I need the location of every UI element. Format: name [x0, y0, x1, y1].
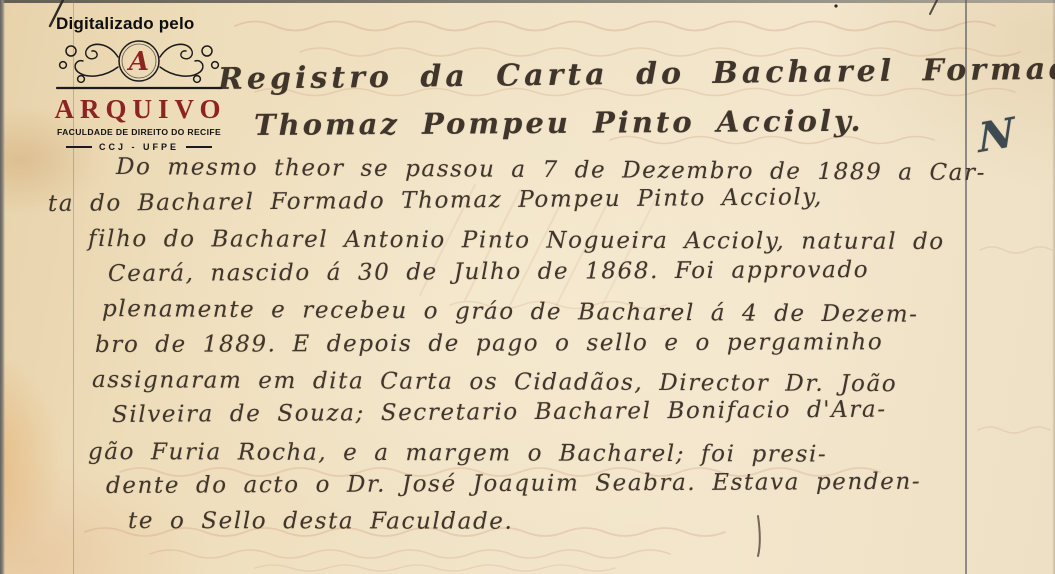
manuscript-body-line: bro de 1889. E depois de pago o sello e …	[95, 329, 883, 358]
manuscript-body-line: dente do acto o Dr. José Joaquim Seabra.…	[106, 469, 921, 499]
manuscript-title-line: Thomaz Pompeu Pinto Accioly.	[254, 104, 864, 142]
ccj-ufpe-row: CCJ - UFPE	[50, 142, 228, 152]
manuscript-body-line: Ceará, nascido á 30 de Julho de 1868. Fo…	[108, 257, 869, 287]
arquivo-logo-ornament-icon: A	[51, 35, 227, 93]
arquivo-wordmark: ARQUIVO	[53, 94, 228, 125]
manuscript-body-line: te o Sello desta Faculdade.	[128, 508, 513, 535]
manuscript-body-line: Silveira de Souza; Secretario Bacharel B…	[112, 397, 887, 428]
margin-annotation-mark: N	[977, 109, 1015, 163]
manuscript-body-line: gão Furia Rocha, e a margem o Bacharel; …	[88, 439, 827, 468]
scanned-document-page: Registro da Carta do Bacharel Formado Th…	[0, 0, 1055, 574]
ccj-left-rule	[66, 146, 92, 148]
ccj-ufpe-label: CCJ - UFPE	[99, 142, 179, 152]
digitization-watermark: Digitalizado pelo A	[50, 14, 228, 152]
digitized-by-label: Digitalizado pelo	[56, 14, 228, 34]
arquivo-monogram: A	[126, 47, 149, 77]
manuscript-body-line: assignaram em dita Carta os Cidadãos, Di…	[92, 367, 897, 397]
manuscript-body-line: filho do Bacharel Antonio Pinto Nogueira…	[88, 226, 945, 255]
ccj-right-rule	[186, 146, 212, 148]
faculdade-subtitle: FACULDADE DE DIREITO DO RECIFE	[50, 127, 228, 137]
